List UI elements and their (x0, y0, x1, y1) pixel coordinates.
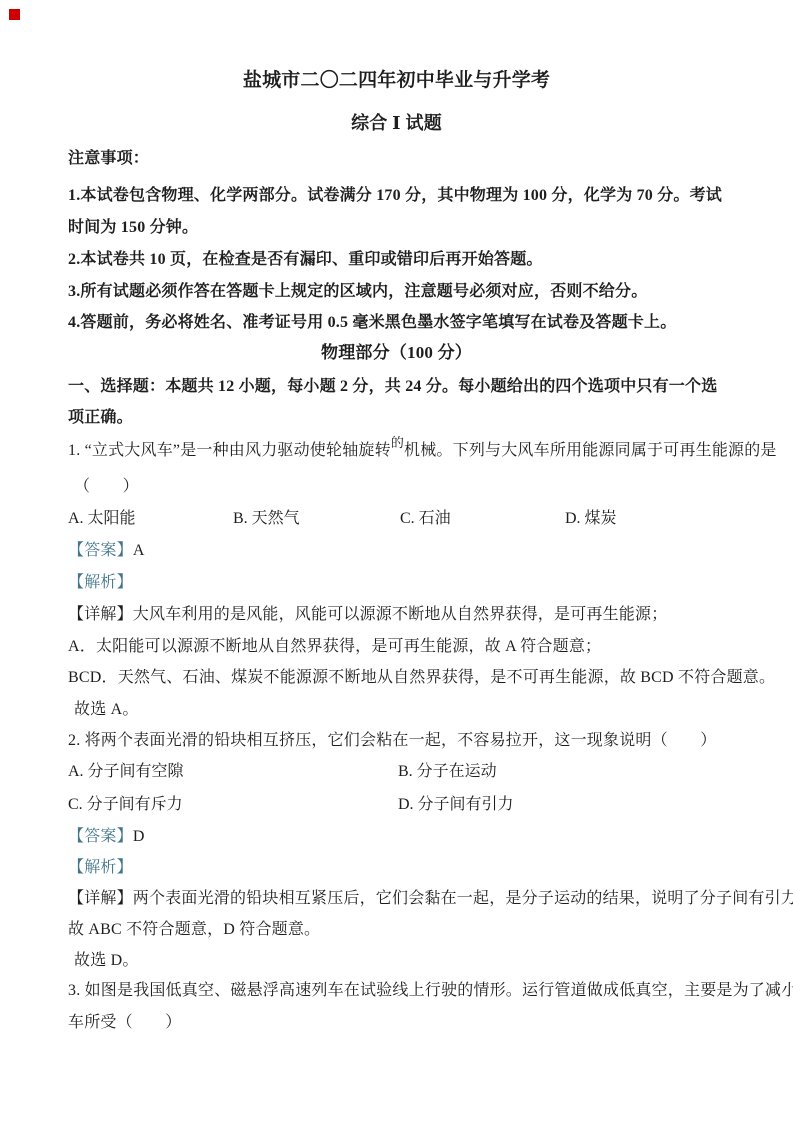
q1-answer-bracket: （ ） (74, 476, 139, 498)
q2-conclusion: 故选 D。 (74, 950, 139, 972)
q1-option-c: C. 石油 (400, 508, 451, 530)
exam-document-page: 盐城市二〇二四年初中毕业与升学考 综合 Ⅰ 试题 注意事项： 1.本试卷包含物理… (0, 0, 793, 1122)
notice-line-3: 3.所有试题必须作答在答题卡上规定的区域内，注意题号必须对应，否则不给分。 (68, 281, 647, 303)
q2-detail-line-1: 【详解】两个表面光滑的铅块相互紧压后，它们会黏在一起，是分子运动的结果，说明了分… (68, 888, 793, 910)
exam-subtitle: 综合 Ⅰ 试题 (0, 112, 793, 134)
part-title: 物理部分（100 分） (0, 342, 793, 364)
q2-answer-value: D (133, 828, 145, 845)
q2-option-b: B. 分子在运动 (398, 761, 497, 783)
q1-detail-line-3: BCD．天然气、石油、煤炭不能源源不断地从自然界获得，是不可再生能源，故 BCD… (68, 667, 775, 689)
q2-analysis-label: 【解析】 (68, 857, 133, 879)
q1-conclusion: 故选 A。 (74, 699, 139, 721)
q1-option-b: B. 天然气 (233, 508, 300, 530)
instruction-line-2: 项正确。 (68, 407, 133, 429)
q1-detail-line-1: 【详解】大风车利用的是风能，风能可以源源不断地从自然界获得，是可再生能源； (68, 604, 667, 626)
q1-answer-value: A (133, 542, 145, 559)
q1-stem-text-after: 机械。下列与大风车所用能源同属于可再生能源的是 (404, 442, 777, 459)
q1-stem-superscript: 的 (391, 435, 404, 450)
notice-line-2: 2.本试卷共 10 页，在检查是否有漏印、重印或错印后再开始答题。 (68, 249, 543, 271)
q2-option-a: A. 分子间有空隙 (68, 761, 184, 783)
q2-answer-label: 【答案】 (68, 828, 133, 845)
q2-detail-line-2: 故 ABC 不符合题意，D 符合题意。 (68, 919, 320, 941)
q1-answer-label: 【答案】 (68, 542, 133, 559)
q2-answer-row: 【答案】D (68, 826, 145, 848)
notice-heading: 注意事项： (68, 148, 149, 170)
instruction-line-1: 一、选择题：本题共 12 小题，每小题 2 分，共 24 分。每小题给出的四个选… (68, 376, 717, 398)
q2-option-c: C. 分子间有斥力 (68, 794, 183, 816)
q1-option-d: D. 煤炭 (565, 508, 617, 530)
exam-title: 盐城市二〇二四年初中毕业与升学考 (0, 70, 793, 92)
q1-detail-line-2: A．太阳能可以源源不断地从自然界获得，是可再生能源，故 A 符合题意； (68, 636, 601, 658)
q2-stem: 2. 将两个表面光滑的铅块相互挤压，它们会粘在一起，不容易拉开，这一现象说明（ … (68, 730, 716, 752)
q3-stem-line-1: 3. 如图是我国低真空、磁悬浮高速列车在试验线上行驶的情形。运行管道做成低真空，… (68, 980, 793, 1002)
notice-line-4: 4.答题前，务必将姓名、准考证号用 0.5 毫米黑色墨水签字笔填写在试卷及答题卡… (68, 312, 676, 334)
q1-option-a: A. 太阳能 (68, 508, 136, 530)
q1-stem-text-before: 1. “立式大风车”是一种由风力驱动使轮轴旋转 (68, 442, 391, 459)
q3-stem-line-2: 车所受（ ） (68, 1012, 181, 1034)
notice-line-1-cont: 时间为 150 分钟。 (68, 217, 198, 239)
q1-analysis-label: 【解析】 (68, 572, 133, 594)
q2-option-d: D. 分子间有引力 (398, 794, 514, 816)
red-corner-marker (9, 9, 20, 20)
q1-answer-row: 【答案】A (68, 540, 145, 562)
q1-stem: 1. “立式大风车”是一种由风力驱动使轮轴旋转的机械。下列与大风车所用能源同属于… (68, 440, 777, 462)
notice-line-1: 1.本试卷包含物理、化学两部分。试卷满分 170 分，其中物理为 100 分，化… (68, 185, 722, 207)
